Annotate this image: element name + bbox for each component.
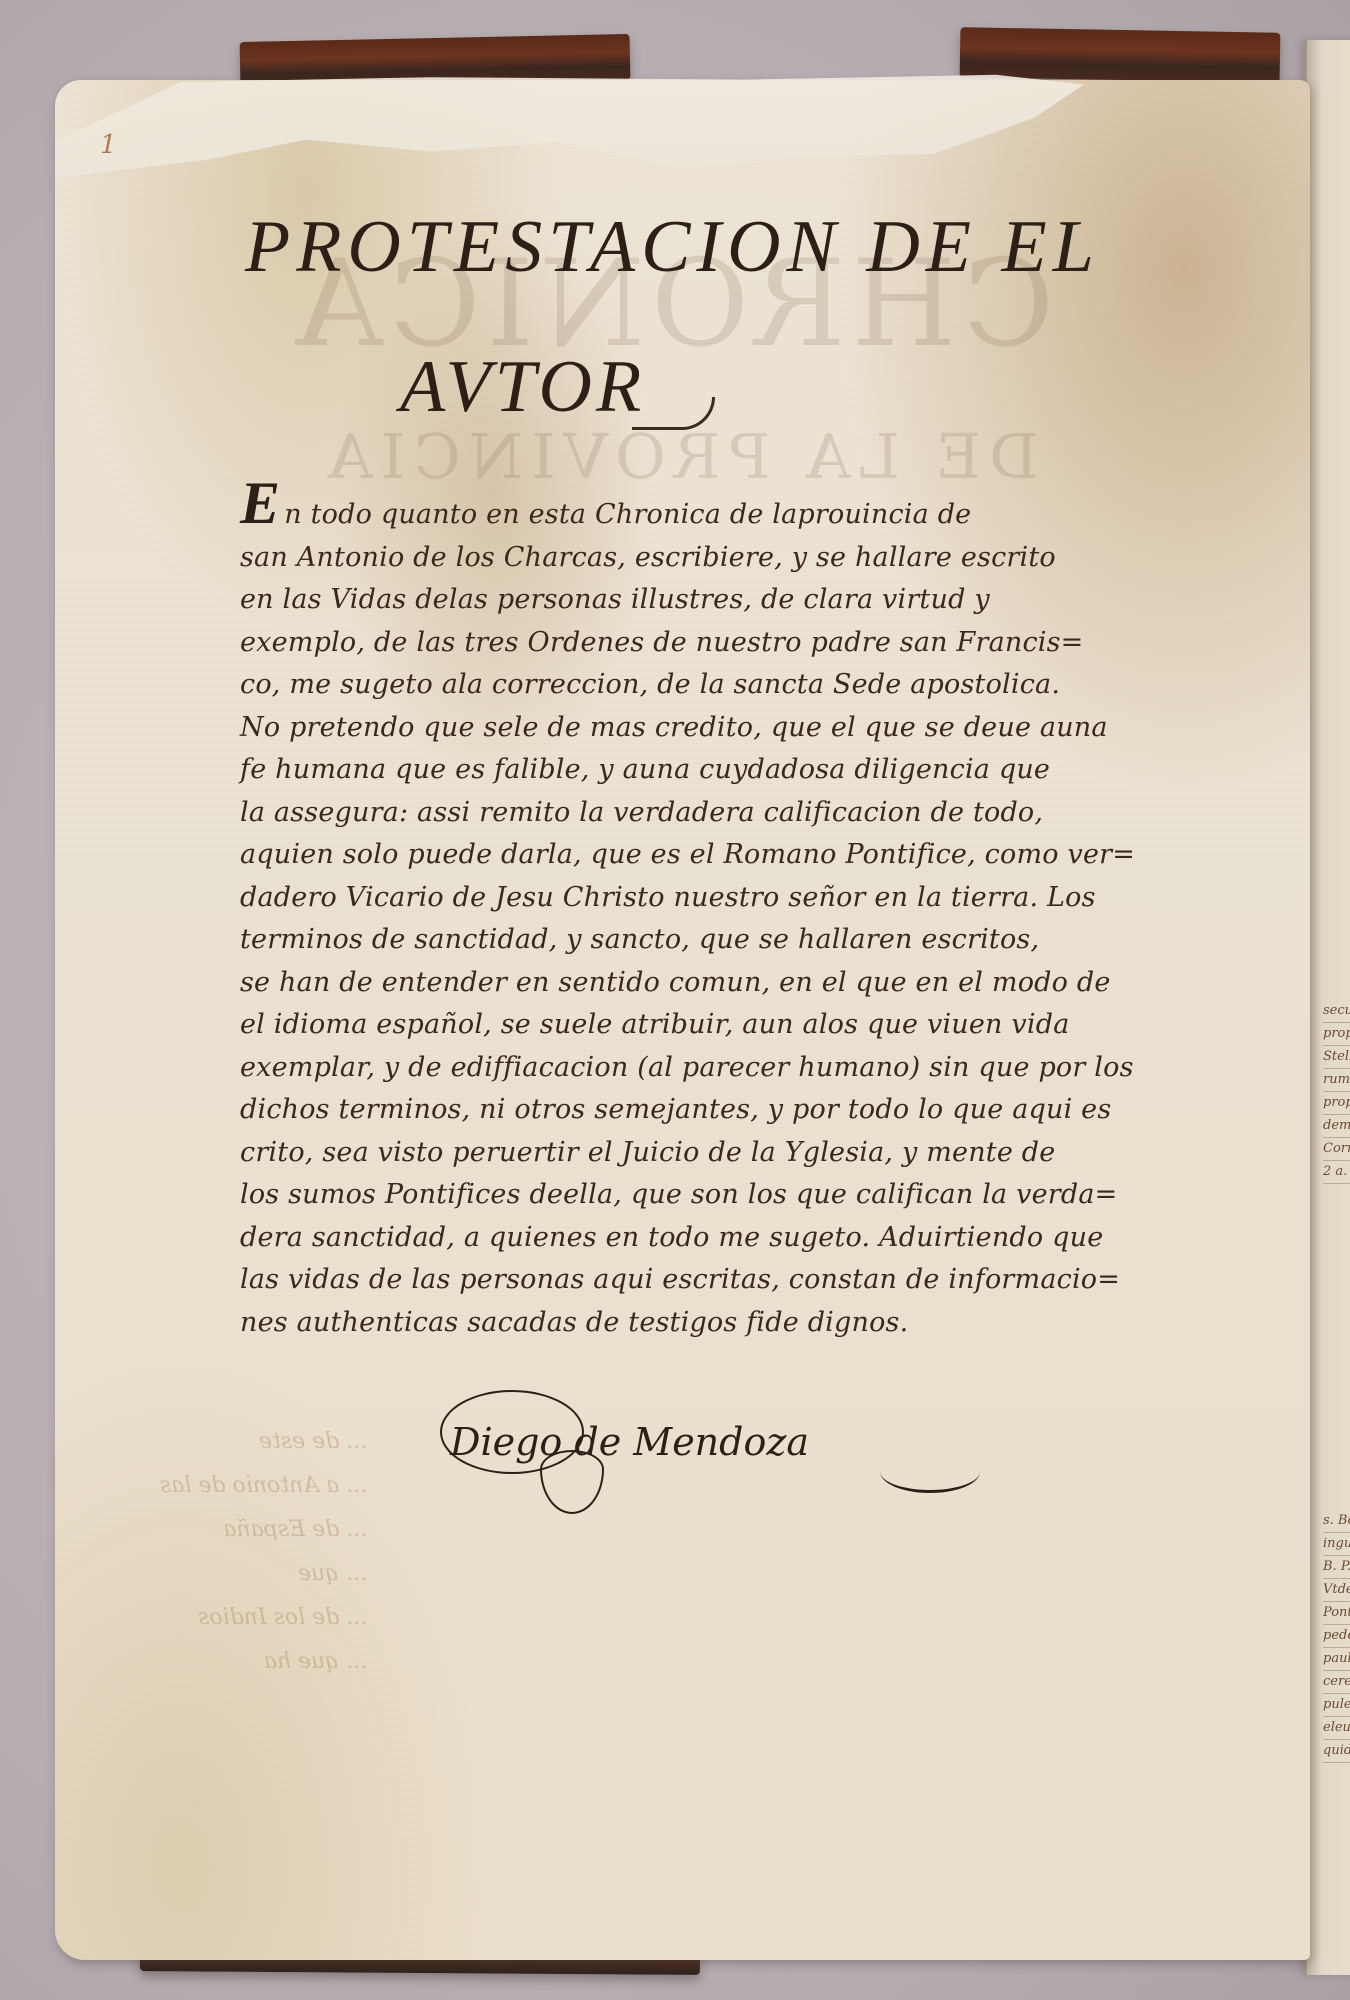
body-line: san Antonio de los Charcas, escribiere, … <box>240 537 1200 580</box>
body-line: fe humana que es falible, y auna cuydado… <box>240 749 1200 792</box>
body-line: la assegura: assi remito la verdadera ca… <box>240 792 1200 835</box>
body-line: se han de entender en sentido comun, en … <box>240 962 1200 1005</box>
margin-notes-group-a: secun propag Stella rum i propag demos C… <box>1323 1000 1350 1184</box>
margin-note: cere, B <box>1323 1671 1350 1694</box>
page-title-line-1: PROTESTACION DE EL <box>245 205 1100 290</box>
binding-remnant-top-right <box>960 27 1281 83</box>
body-line: No pretendo que sele de mas credito, que… <box>240 707 1200 750</box>
margin-note: Corne <box>1323 1138 1350 1161</box>
margin-note: rum i <box>1323 1069 1350 1092</box>
body-line: dera sanctidad, a quienes en todo me sug… <box>240 1217 1200 1260</box>
body-line: En todo quanto en esta Chronica de lapro… <box>240 488 1200 537</box>
body-line: los sumos Pontifices deella, que son los… <box>240 1174 1200 1217</box>
margin-note: secun <box>1323 1000 1350 1023</box>
margin-note: peder <box>1323 1625 1350 1648</box>
margin-note: demos <box>1323 1115 1350 1138</box>
margin-note: Ponti <box>1323 1602 1350 1625</box>
margin-note: Vtde <box>1323 1579 1350 1602</box>
margin-notes-group-b: s. Bo ingu B. P. Vtde Ponti peder paula … <box>1323 1510 1350 1763</box>
body-line: exemplo, de las tres Ordenes de nuestro … <box>240 622 1200 665</box>
margin-note: pule <box>1323 1694 1350 1717</box>
body-line: nes authenticas sacadas de testigos fide… <box>240 1302 1200 1345</box>
signature-rubric <box>880 1450 980 1493</box>
body-line-text: n todo quanto en esta Chronica de laprou… <box>284 499 971 530</box>
body-line: las vidas de las personas aqui escritas,… <box>240 1259 1200 1302</box>
body-line: terminos de sanctidad, y sancto, que se … <box>240 919 1200 962</box>
body-line: crito, sea visto peruertir el Juicio de … <box>240 1132 1200 1175</box>
margin-note: B. P. <box>1323 1556 1350 1579</box>
body-line: co, me sugeto ala correccion, de la sanc… <box>240 664 1200 707</box>
adjacent-page-edge: secun propag Stella rum i propag demos C… <box>1305 40 1350 1975</box>
body-line: dichos terminos, ni otros semejantes, y … <box>240 1089 1200 1132</box>
margin-note: Stella <box>1323 1046 1350 1069</box>
drop-cap: E <box>240 470 280 536</box>
margin-note: ingu <box>1323 1533 1350 1556</box>
margin-note: propag <box>1323 1092 1350 1115</box>
page-title-line-2: AVTOR <box>400 345 645 430</box>
margin-note: quid <box>1323 1740 1350 1763</box>
margin-note: eleu <box>1323 1717 1350 1740</box>
manuscript-body: En todo quanto en esta Chronica de lapro… <box>240 488 1200 1344</box>
margin-note: 2 a. n <box>1323 1161 1350 1184</box>
margin-note: paula <box>1323 1648 1350 1671</box>
body-line: dadero Vicario de Jesu Christo nuestro s… <box>240 877 1200 920</box>
margin-note: propag <box>1323 1023 1350 1046</box>
body-line: aquien solo puede darla, que es el Roman… <box>240 834 1200 877</box>
margin-note: s. Bo <box>1323 1510 1350 1533</box>
folio-mark: 1 <box>100 130 117 160</box>
body-line: el idioma español, se suele atribuir, au… <box>240 1004 1200 1047</box>
author-signature: Diego de Mendoza <box>450 1420 809 1464</box>
body-line: en las Vidas delas personas illustres, d… <box>240 579 1200 622</box>
body-line: exemplar, y de ediffiacacion (al parecer… <box>240 1047 1200 1090</box>
